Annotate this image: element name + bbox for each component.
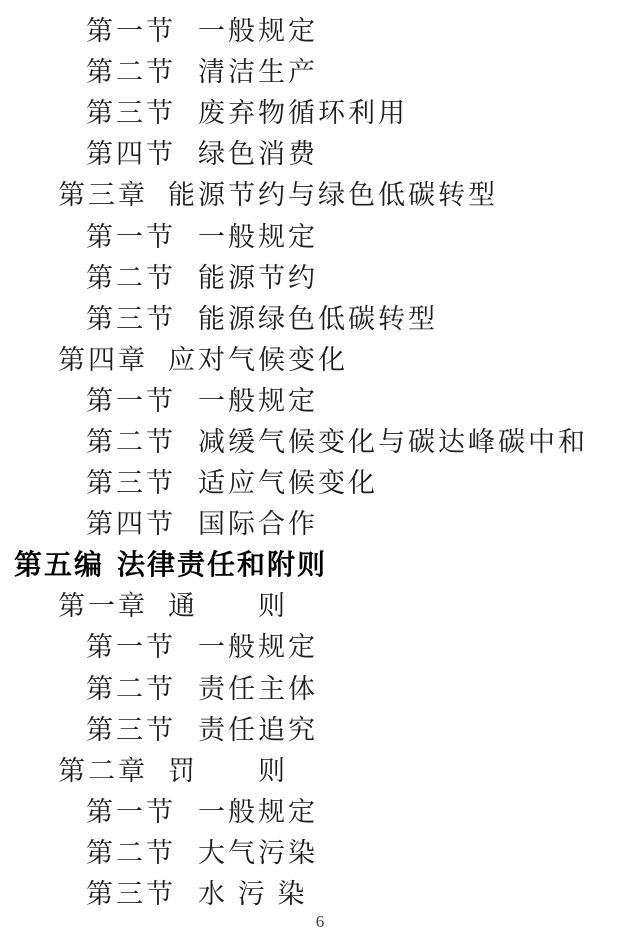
- toc-entry-title: 国际合作: [198, 502, 318, 541]
- toc-entry: 第一节 一般规定: [0, 624, 640, 665]
- toc-entry: 第一节 一般规定: [0, 213, 640, 254]
- toc-entry-title: 一般规定: [198, 379, 318, 418]
- toc-entry: 第三节 水 污 染: [0, 871, 640, 912]
- toc-entry-label: 第二节: [86, 50, 176, 89]
- toc-entry: 第一章 通 则: [0, 583, 640, 624]
- toc-entry-label: 第一节: [86, 790, 176, 829]
- toc-entry-title: 水 污 染: [198, 872, 308, 911]
- document-page: 第一节 一般规定 第二节 清洁生产 第三节 废弃物循环利用 第四节 绿色消费 第…: [0, 0, 640, 946]
- toc-entry-label: 第四章: [58, 338, 148, 377]
- toc-entry-title: 一般规定: [198, 790, 318, 829]
- toc-entry-title: 能源绿色低碳转型: [198, 297, 438, 336]
- toc-entry-label: 第一节: [86, 215, 176, 254]
- toc-entry: 第五编 法律责任和附则: [0, 542, 640, 583]
- toc-entry-title: 能源节约: [198, 256, 318, 295]
- toc-entry: 第三节 责任追究: [0, 707, 640, 748]
- toc-entry: 第二节 责任主体: [0, 666, 640, 707]
- toc-entry-label: 第三节: [86, 297, 176, 336]
- toc-entry: 第三章 能源节约与绿色低碳转型: [0, 172, 640, 213]
- toc-entry-title: 罚 则: [168, 749, 288, 788]
- toc-entry-label: 第一节: [86, 379, 176, 418]
- toc-entry-label: 第二节: [86, 256, 176, 295]
- toc-entry-title: 能源节约与绿色低碳转型: [168, 173, 498, 212]
- toc-entry-label: 第四节: [86, 502, 176, 541]
- toc-entry-title: 一般规定: [198, 215, 318, 254]
- toc-entry-title: 废弃物循环利用: [198, 91, 408, 130]
- toc-entry: 第四章 应对气候变化: [0, 337, 640, 378]
- page-footer: 6: [0, 912, 640, 932]
- toc-entry: 第二节 大气污染: [0, 830, 640, 871]
- toc-entry-label: 第三节: [86, 91, 176, 130]
- toc-entry-title: 一般规定: [198, 9, 318, 48]
- toc-entry-title: 适应气候变化: [198, 461, 378, 500]
- toc-entry-label: 第三节: [86, 708, 176, 747]
- toc-entry: 第一节 一般规定: [0, 789, 640, 830]
- toc-entry: 第一节 一般规定: [0, 8, 640, 49]
- toc-entry: 第三节 废弃物循环利用: [0, 90, 640, 131]
- toc-entry-label: 第三节: [86, 872, 176, 911]
- toc-entry: 第三节 能源绿色低碳转型: [0, 296, 640, 337]
- toc-entry-title: 应对气候变化: [168, 338, 348, 377]
- toc-entry-label: 第三节: [86, 461, 176, 500]
- toc-entry-title: 大气污染: [198, 831, 318, 870]
- toc-entry: 第一节 一般规定: [0, 378, 640, 419]
- toc-entry: 第三节 适应气候变化: [0, 460, 640, 501]
- toc-entry-label: 第二节: [86, 420, 176, 459]
- toc-entry-label: 第一章: [58, 584, 148, 623]
- toc-entry: 第四节 国际合作: [0, 501, 640, 542]
- toc-entry-title: 法律责任和附则: [117, 543, 327, 583]
- toc-entry-title: 绿色消费: [198, 132, 318, 171]
- table-of-contents: 第一节 一般规定 第二节 清洁生产 第三节 废弃物循环利用 第四节 绿色消费 第…: [0, 8, 640, 912]
- toc-entry-label: 第二章: [58, 749, 148, 788]
- toc-entry-title: 清洁生产: [198, 50, 318, 89]
- toc-entry: 第二节 清洁生产: [0, 49, 640, 90]
- toc-entry-label: 第二节: [86, 831, 176, 870]
- toc-entry-title: 通 则: [168, 584, 288, 623]
- page-number: 6: [316, 912, 325, 931]
- toc-entry: 第二节 能源节约: [0, 255, 640, 296]
- toc-entry-title: 责任追究: [198, 708, 318, 747]
- toc-entry-label: 第四节: [86, 132, 176, 171]
- toc-entry-label: 第三章: [58, 173, 148, 212]
- toc-entry-label: 第二节: [86, 667, 176, 706]
- toc-entry-label: 第一节: [86, 625, 176, 664]
- toc-entry-label: 第一节: [86, 9, 176, 48]
- toc-entry: 第二节 减缓气候变化与碳达峰碳中和: [0, 419, 640, 460]
- toc-entry: 第二章 罚 则: [0, 748, 640, 789]
- toc-entry-label: 第五编: [14, 543, 104, 583]
- toc-entry-title: 一般规定: [198, 625, 318, 664]
- toc-entry-title: 责任主体: [198, 667, 318, 706]
- toc-entry: 第四节 绿色消费: [0, 131, 640, 172]
- toc-entry-title: 减缓气候变化与碳达峰碳中和: [198, 420, 588, 459]
